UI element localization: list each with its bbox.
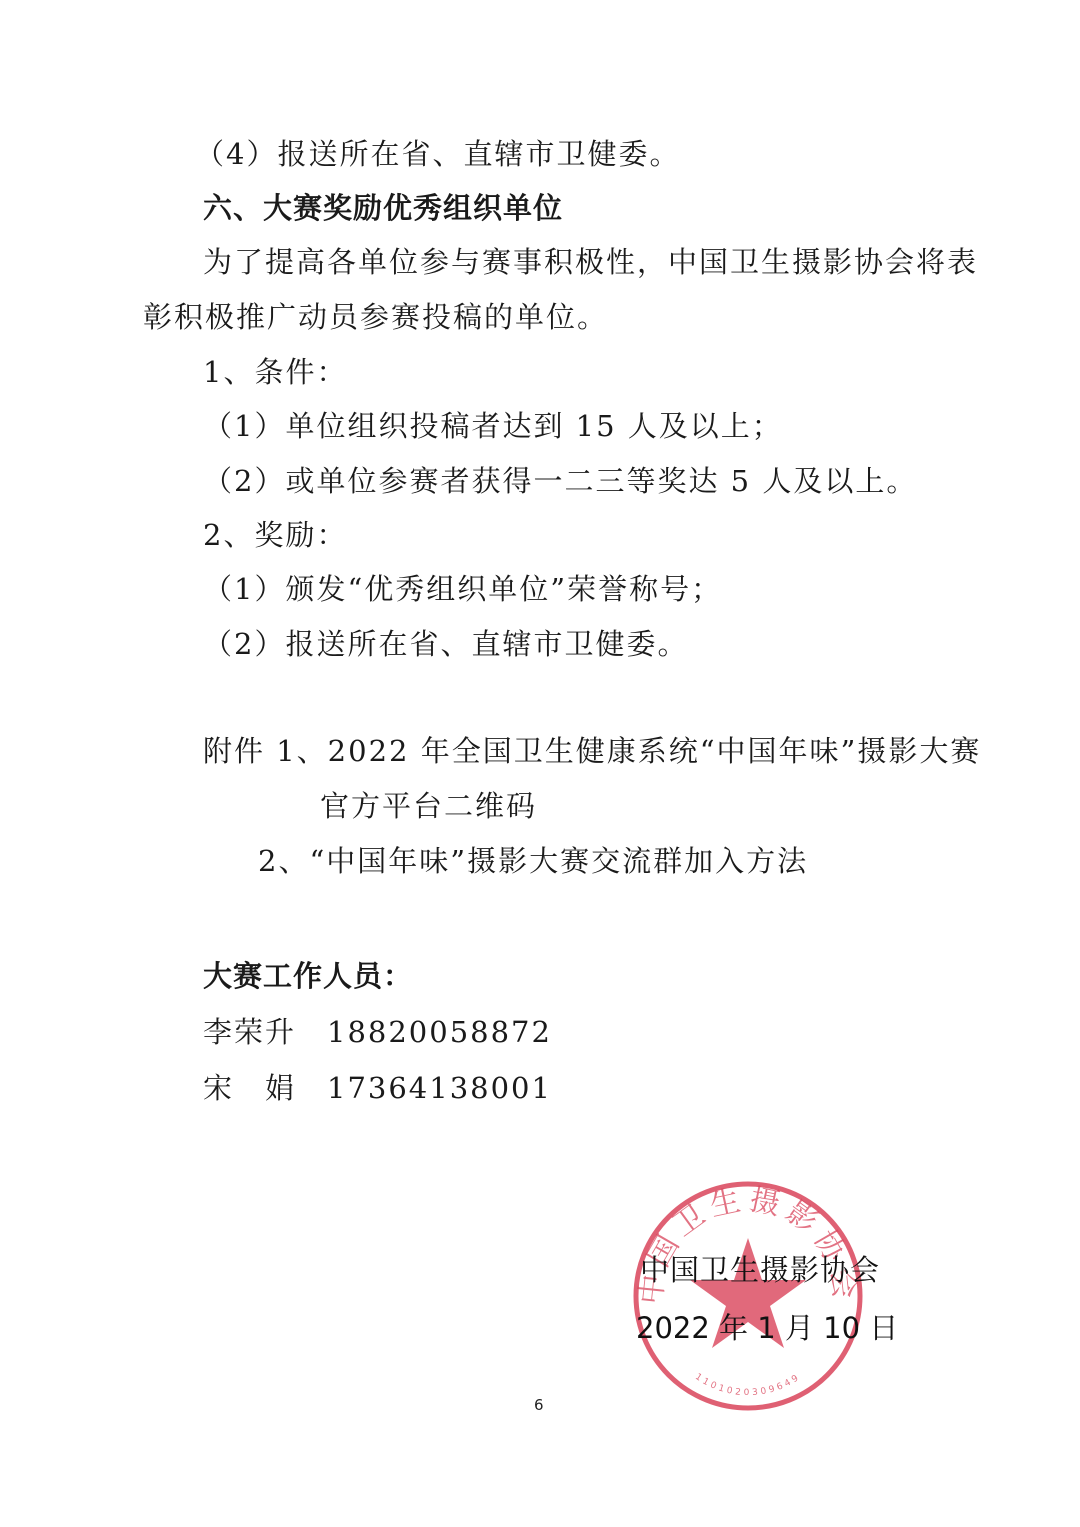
signature-date: 2022 年 1 月 10 日 [636,1308,898,1348]
intro-paragraph-line-1: 为了提高各单位参与赛事积极性，中国卫生摄影协会将表 [203,242,978,282]
signature-organization: 中国卫生摄影协会 [640,1250,880,1290]
attachment-2: 2、“中国年味”摄影大赛交流群加入方法 [258,841,808,881]
staff-contact-2: 宋 娟 17364138001 [203,1068,552,1108]
staff-contact-1: 李荣升 18820058872 [203,1012,552,1052]
official-seal-icon: 中国卫生摄影协会 1101020309649 [630,1178,866,1414]
intro-paragraph-line-2: 彰积极推广动员参赛投稿的单位。 [143,297,608,337]
reward-2: （2）报送所在省、直辖市卫健委。 [203,624,688,664]
item-4-report: （4）报送所在省、直辖市卫健委。 [195,134,680,174]
reward-1: （1）颁发“优秀组织单位”荣誉称号； [203,569,722,609]
condition-1: （1）单位组织投稿者达到 15 人及以上； [203,406,783,446]
rewards-heading: 2、奖励： [203,515,347,555]
page-number: 6 [534,1396,544,1414]
svg-text:1101020309649: 1101020309649 [693,1372,803,1398]
attachment-1-line-1: 附件 1、2022 年全国卫生健康系统“中国年味”摄影大赛 [203,731,981,771]
condition-2: （2）或单位参赛者获得一二三等奖达 5 人及以上。 [203,461,917,501]
conditions-heading: 1、条件： [203,352,347,392]
staff-heading: 大赛工作人员： [203,956,413,996]
attachment-1-line-2: 官方平台二维码 [320,786,537,826]
section-6-heading: 六、大赛奖励优秀组织单位 [203,188,563,228]
